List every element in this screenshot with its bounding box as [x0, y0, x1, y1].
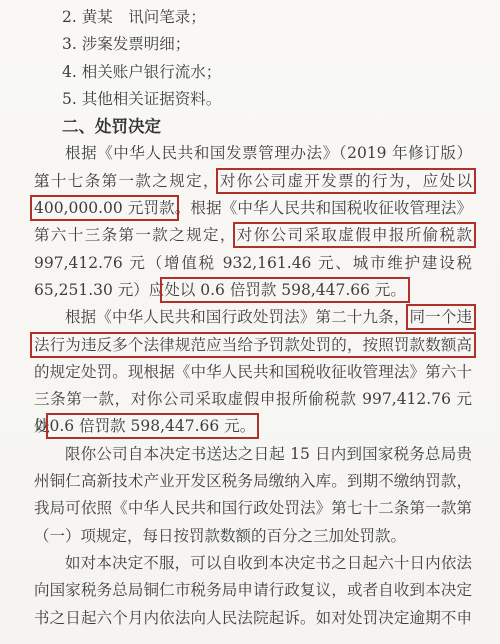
highlight-box: 处以 0.6 倍罚款 598,447.66 元。 — [160, 277, 410, 303]
text-line: 向国家税务总局铜仁市税务局申请行政复议，或者自收到本决定 — [34, 577, 472, 604]
highlight-box: 法行为违反多个法律规范应当给予罚款处罚的，按照罚款数额高 — [30, 332, 476, 358]
text-line: 限你公司自本决定书送达之日起 15 日内到国家税务总局贵 — [34, 441, 472, 468]
evidence-item-2: 2. 黄某 讯问笔录； — [34, 4, 472, 31]
text-line: 根据《中华人民共和国发票管理办法》（2019 年修订版）第 — [34, 140, 472, 167]
text-line: （一）项规定，每日按罚款数额的百分之三加处罚款。 — [34, 523, 472, 550]
text-segment: 书之日起六个月内依法向人民法院起诉。如对处罚决定逾期不申 — [34, 609, 472, 627]
text-segment: 65,251.30 元）应 — [34, 281, 164, 299]
evidence-item-5: 5. 其他相关证据资料。 — [34, 86, 472, 113]
evidence-item-4: 4. 相关账户银行流水； — [34, 59, 472, 86]
text-segment: 三十七条第一款之规定， — [34, 172, 220, 190]
text-segment: 。根据《中华人民共和国税收征收管理法》 — [175, 199, 472, 217]
text-segment: 如对本决定不服，可以自收到本决定书之日起六十日内依法 — [65, 554, 472, 572]
text-line: 书之日起六个月内依法向人民法院起诉。如对处罚决定逾期不申 — [34, 605, 472, 632]
highlight-box: 0.6 倍罚款 598,447.66 元。 — [46, 413, 260, 439]
highlight-box: 同一个违 — [406, 304, 476, 330]
text-line: 三十七条第一款之规定，对你公司虚开发票的行为，应处以 — [34, 168, 472, 195]
text-line: 法行为违反多个法律规范应当给予罚款处罚的，按照罚款数额高 — [34, 332, 472, 359]
text-line: 400,000.00 元罚款。根据《中华人民共和国税收征收管理法》 — [34, 195, 472, 222]
text-segment: （一）项规定，每日按罚款数额的百分之三加处罚款。 — [34, 527, 406, 545]
text-segment: 限你公司自本决定书送达之日起 15 日内到国家税务总局贵 — [65, 445, 472, 463]
text-segment: 5. 其他相关证据资料。 — [62, 90, 221, 108]
text-segment: 3. 涉案发票明细； — [62, 35, 190, 53]
text-line: 第六十三条第一款之规定，对你公司采取虚假申报所偷税款 — [34, 222, 472, 249]
text-segment: 2. 黄某 讯问笔录； — [62, 8, 206, 26]
text-segment: 第六十三条第一款之规定， — [34, 226, 237, 244]
text-line: 三条第一款，对你公司采取虚假申报所偷税款 997,412.76 元处 — [34, 386, 472, 413]
text-line: 以0.6 倍罚款 598,447.66 元。 — [34, 413, 472, 440]
text-segment: 的规定处罚。现根据《中华人民共和国税收征收管理法》第六十 — [34, 363, 472, 381]
text-line: 我局可依照《中华人民共和国行政处罚法》第七十二条第一款第 — [34, 495, 472, 522]
section-heading: 二、处罚决定 — [34, 113, 472, 140]
text-line: 997,412.76 元（增值税 932,161.46 元、城市维护建设税 — [34, 250, 472, 277]
text-segment: 997,412.76 元（增值税 932,161.46 元、城市维护建设税 — [34, 254, 472, 272]
text-line: 的规定处罚。现根据《中华人民共和国税收征收管理法》第六十 — [34, 359, 472, 386]
highlight-box: 对你公司虚开发票的行为，应处以 — [216, 168, 476, 194]
text-segment: 4. 相关账户银行流水； — [62, 63, 221, 81]
highlight-box: 对你公司采取虚假申报所偷税款 — [233, 222, 476, 248]
text-segment: 根据《中华人民共和国行政处罚法》第二十九条， — [65, 308, 410, 326]
text-segment: 州铜仁高新技术产业开发区税务局缴纳入库。到期不缴纳罚款， — [34, 472, 472, 490]
text-segment: 我局可依照《中华人民共和国行政处罚法》第七十二条第一款第 — [34, 499, 472, 517]
text-line: 州铜仁高新技术产业开发区税务局缴纳入库。到期不缴纳罚款， — [34, 468, 472, 495]
highlight-box: 400,000.00 元罚款 — [30, 195, 179, 221]
text-line: 根据《中华人民共和国行政处罚法》第二十九条，同一个违 — [34, 304, 472, 331]
document-body: 2. 黄某 讯问笔录；3. 涉案发票明细；4. 相关账户银行流水；5. 其他相关… — [34, 4, 472, 632]
scanned-page: 2. 黄某 讯问笔录；3. 涉案发票明细；4. 相关账户银行流水；5. 其他相关… — [0, 0, 500, 644]
text-line: 65,251.30 元）应处以 0.6 倍罚款 598,447.66 元。 — [34, 277, 472, 304]
text-line: 如对本决定不服，可以自收到本决定书之日起六十日内依法 — [34, 550, 472, 577]
text-segment: 向国家税务总局铜仁市税务局申请行政复议，或者自收到本决定 — [34, 581, 472, 599]
text-segment: 二、处罚决定 — [62, 117, 161, 136]
evidence-item-3: 3. 涉案发票明细； — [34, 31, 472, 58]
